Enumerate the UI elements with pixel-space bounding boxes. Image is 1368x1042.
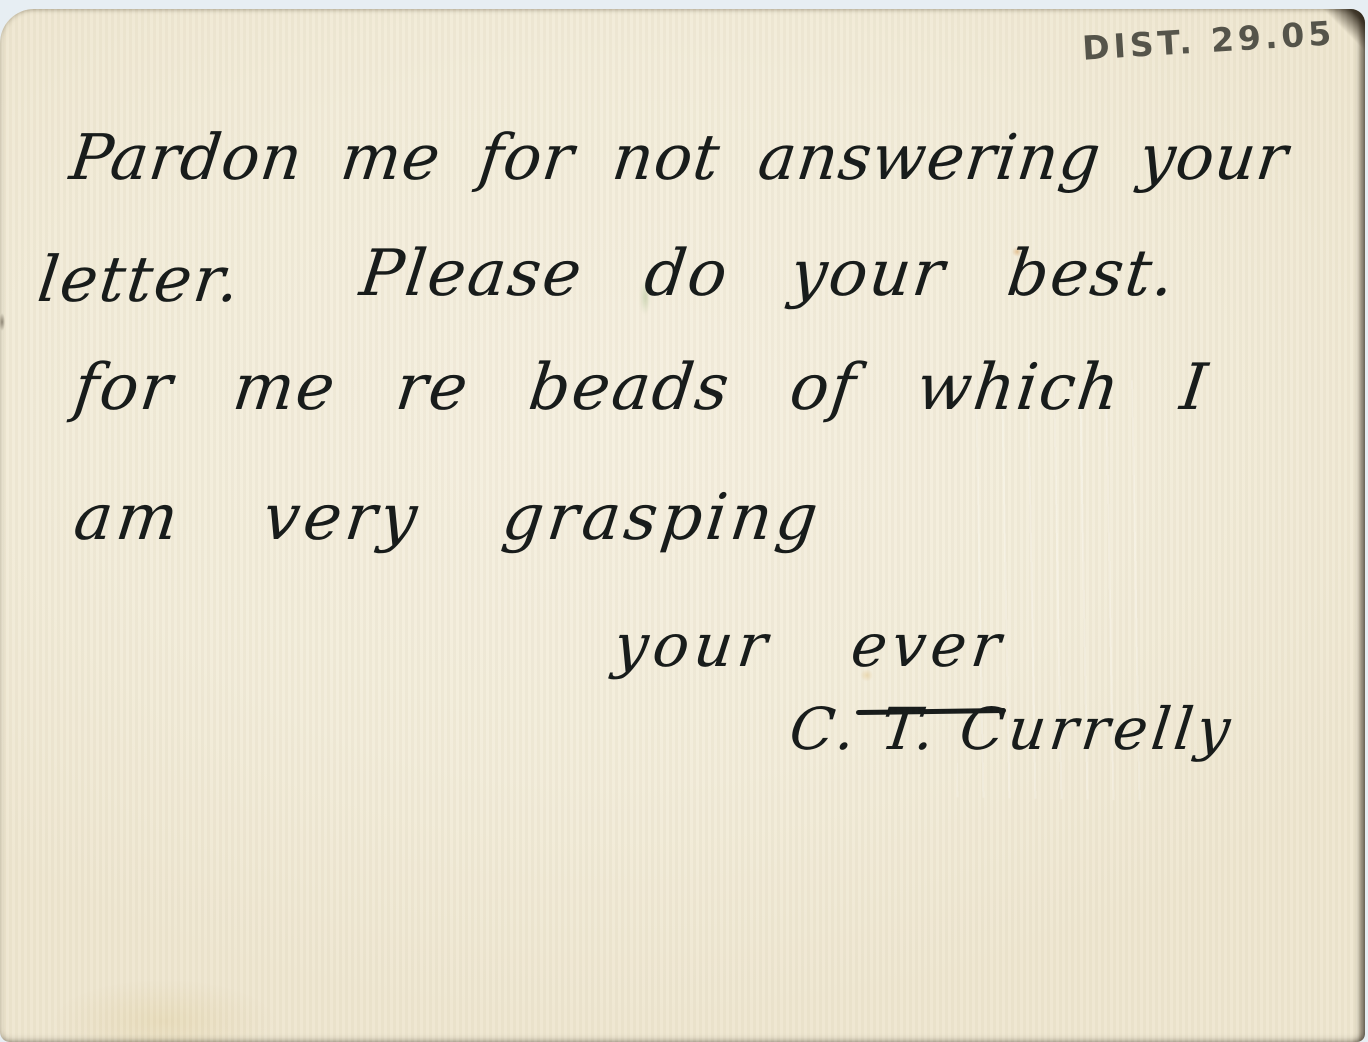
paper-edge-nick	[0, 309, 7, 335]
note-line-4: am very grasping	[70, 481, 826, 555]
note-line-3: for me re beads of which I	[70, 351, 1213, 425]
note-line-2-word: letter.	[34, 243, 246, 316]
scan-background: DIST. 29.05 Pardon me for not answering …	[0, 0, 1368, 1042]
closing-valediction: your ever	[610, 611, 1010, 681]
signature: C. T. Currelly	[786, 695, 1238, 763]
archive-code: DIST. 29.05	[1081, 13, 1336, 67]
note-line-1: Pardon me for not answering your	[66, 121, 1292, 194]
postcard: DIST. 29.05 Pardon me for not answering …	[0, 9, 1365, 1042]
note-line-2-rest: Please do your best.	[356, 237, 1180, 311]
